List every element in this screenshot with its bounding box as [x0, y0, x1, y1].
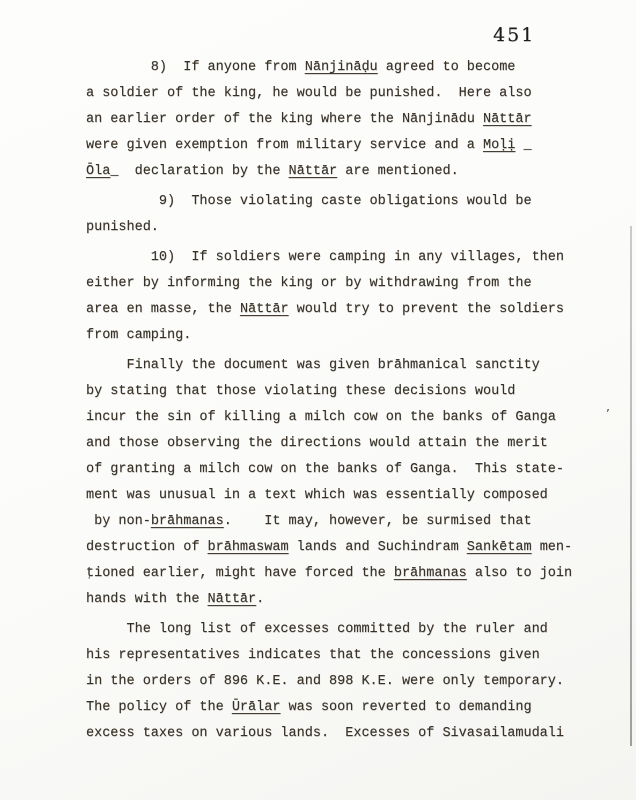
underlined-term: brāhmaswam	[208, 540, 289, 555]
text-segment: men-	[532, 540, 573, 555]
ink-speck-artifact: ’	[606, 407, 610, 421]
document-body: 8) If anyone from Nānjināḍu agreed to be…	[86, 55, 606, 747]
scanned-document-page: 451 8) If anyone from Nānjināḍu agreed t…	[0, 0, 636, 800]
text-segment: ment was unusual in a text which was ess…	[86, 488, 548, 503]
text-segment: by non-	[86, 514, 151, 529]
text-segment: are mentioned.	[337, 164, 459, 179]
text-line: a soldier of the king, he would be punis…	[86, 81, 606, 107]
text-segment: from camping.	[86, 328, 191, 343]
text-segment: a soldier of the king, he would be punis…	[86, 86, 532, 101]
text-segment: _	[515, 138, 531, 153]
paragraph: 9) Those violating caste obligations wou…	[86, 189, 606, 241]
text-segment: also to join	[467, 566, 572, 581]
text-line: 8) If anyone from Nānjināḍu agreed to be…	[86, 55, 606, 81]
text-line: his representatives indicates that the c…	[86, 643, 606, 669]
text-segment: .	[256, 592, 264, 607]
text-segment: in the orders of 896 K.E. and 898 K.E. w…	[86, 674, 564, 689]
text-line: either by informing the king or by withd…	[86, 271, 606, 297]
text-segment: destruction of	[86, 540, 208, 555]
text-line: excess taxes on various lands. Excesses …	[86, 721, 606, 747]
text-line: The policy of the Ūrālar was soon revert…	[86, 695, 606, 721]
scan-edge-artifact	[630, 226, 632, 746]
underlined-term: Nāttār	[483, 112, 532, 127]
text-line: 9) Those violating caste obligations wou…	[86, 189, 606, 215]
underlined-term: brāhmanas	[394, 566, 467, 581]
paragraph: Finally the document was given brāhmanic…	[86, 353, 606, 613]
text-segment: punished.	[86, 220, 159, 235]
text-line: an earlier order of the king where the N…	[86, 107, 606, 133]
text-line: in the orders of 896 K.E. and 898 K.E. w…	[86, 669, 606, 695]
text-segment: of granting a milch cow on the banks of …	[86, 462, 564, 477]
underlined-term: Sankētam	[467, 540, 532, 555]
text-segment: either by informing the king or by withd…	[86, 276, 532, 291]
text-segment: lands and Suchindram	[289, 540, 467, 555]
underlined-term: Ōla	[86, 164, 110, 179]
text-line: by stating that those violating these de…	[86, 379, 606, 405]
text-segment: would try to prevent the soldiers	[289, 302, 564, 317]
underlined-term: Ūrālar	[232, 700, 281, 715]
text-segment: hands with the	[86, 592, 208, 607]
text-segment: tioned earlier, might have forced the	[86, 566, 394, 581]
text-segment: was soon reverted to demanding	[280, 700, 531, 715]
paragraph: 8) If anyone from Nānjināḍu agreed to be…	[86, 55, 606, 185]
text-segment: . It may, however, be surmised that	[224, 514, 532, 529]
underlined-term: Nānjināḍu	[305, 60, 378, 75]
underlined-term: Nāttār	[289, 164, 338, 179]
underlined-term: Nāttār	[208, 592, 257, 607]
underlined-term: Nāttār	[240, 302, 289, 317]
text-segment: and those observing the directions would…	[86, 436, 548, 451]
text-line: ment was unusual in a text which was ess…	[86, 483, 606, 509]
text-segment: his representatives indicates that the c…	[86, 648, 540, 663]
text-line: punished.	[86, 215, 606, 241]
text-segment: The policy of the	[86, 700, 232, 715]
text-segment: by stating that those violating these de…	[86, 384, 515, 399]
text-segment: excess taxes on various lands. Excesses …	[86, 726, 564, 741]
text-line: from camping.	[86, 323, 606, 349]
text-segment: agreed to become	[378, 60, 516, 75]
text-line: and those observing the directions would…	[86, 431, 606, 457]
underlined-term: brāhmanas	[151, 514, 224, 529]
text-segment: 9) Those violating caste obligations wou…	[86, 194, 532, 209]
text-segment: area en masse, the	[86, 302, 240, 317]
text-line: incur the sin of killing a milch cow on …	[86, 405, 606, 431]
text-line: were given exemption from military servi…	[86, 133, 606, 159]
text-line: 10) If soldiers were camping in any vill…	[86, 245, 606, 271]
paragraph: 10) If soldiers were camping in any vill…	[86, 245, 606, 349]
text-segment: 10) If soldiers were camping in any vill…	[86, 250, 564, 265]
text-line: area en masse, the Nāttār would try to p…	[86, 297, 606, 323]
text-line: destruction of brāhmaswam lands and Such…	[86, 535, 606, 561]
text-segment: incur the sin of killing a milch cow on …	[86, 410, 556, 425]
text-segment: were given exemption from military servi…	[86, 138, 483, 153]
text-segment: _ declaration by the	[110, 164, 288, 179]
text-segment: 8) If anyone from	[86, 60, 305, 75]
text-line: The long list of excesses committed by t…	[86, 617, 606, 643]
text-line: by non-brāhmanas. It may, however, be su…	[86, 509, 606, 535]
text-line: tioned earlier, might have forced the br…	[86, 561, 606, 587]
underlined-term: Moḷị	[483, 138, 515, 153]
text-segment: Finally the document was given brāhmanic…	[86, 358, 540, 373]
text-line: hands with the Nāttār.	[86, 587, 606, 613]
text-segment: The long list of excesses committed by t…	[86, 622, 548, 637]
text-line: Ōla_ declaration by the Nāttār are menti…	[86, 159, 606, 185]
text-segment: an earlier order of the king where the N…	[86, 112, 483, 127]
text-line: Finally the document was given brāhmanic…	[86, 353, 606, 379]
paragraph: The long list of excesses committed by t…	[86, 617, 606, 747]
text-line: of granting a milch cow on the banks of …	[86, 457, 606, 483]
page-number: 451	[493, 24, 535, 46]
